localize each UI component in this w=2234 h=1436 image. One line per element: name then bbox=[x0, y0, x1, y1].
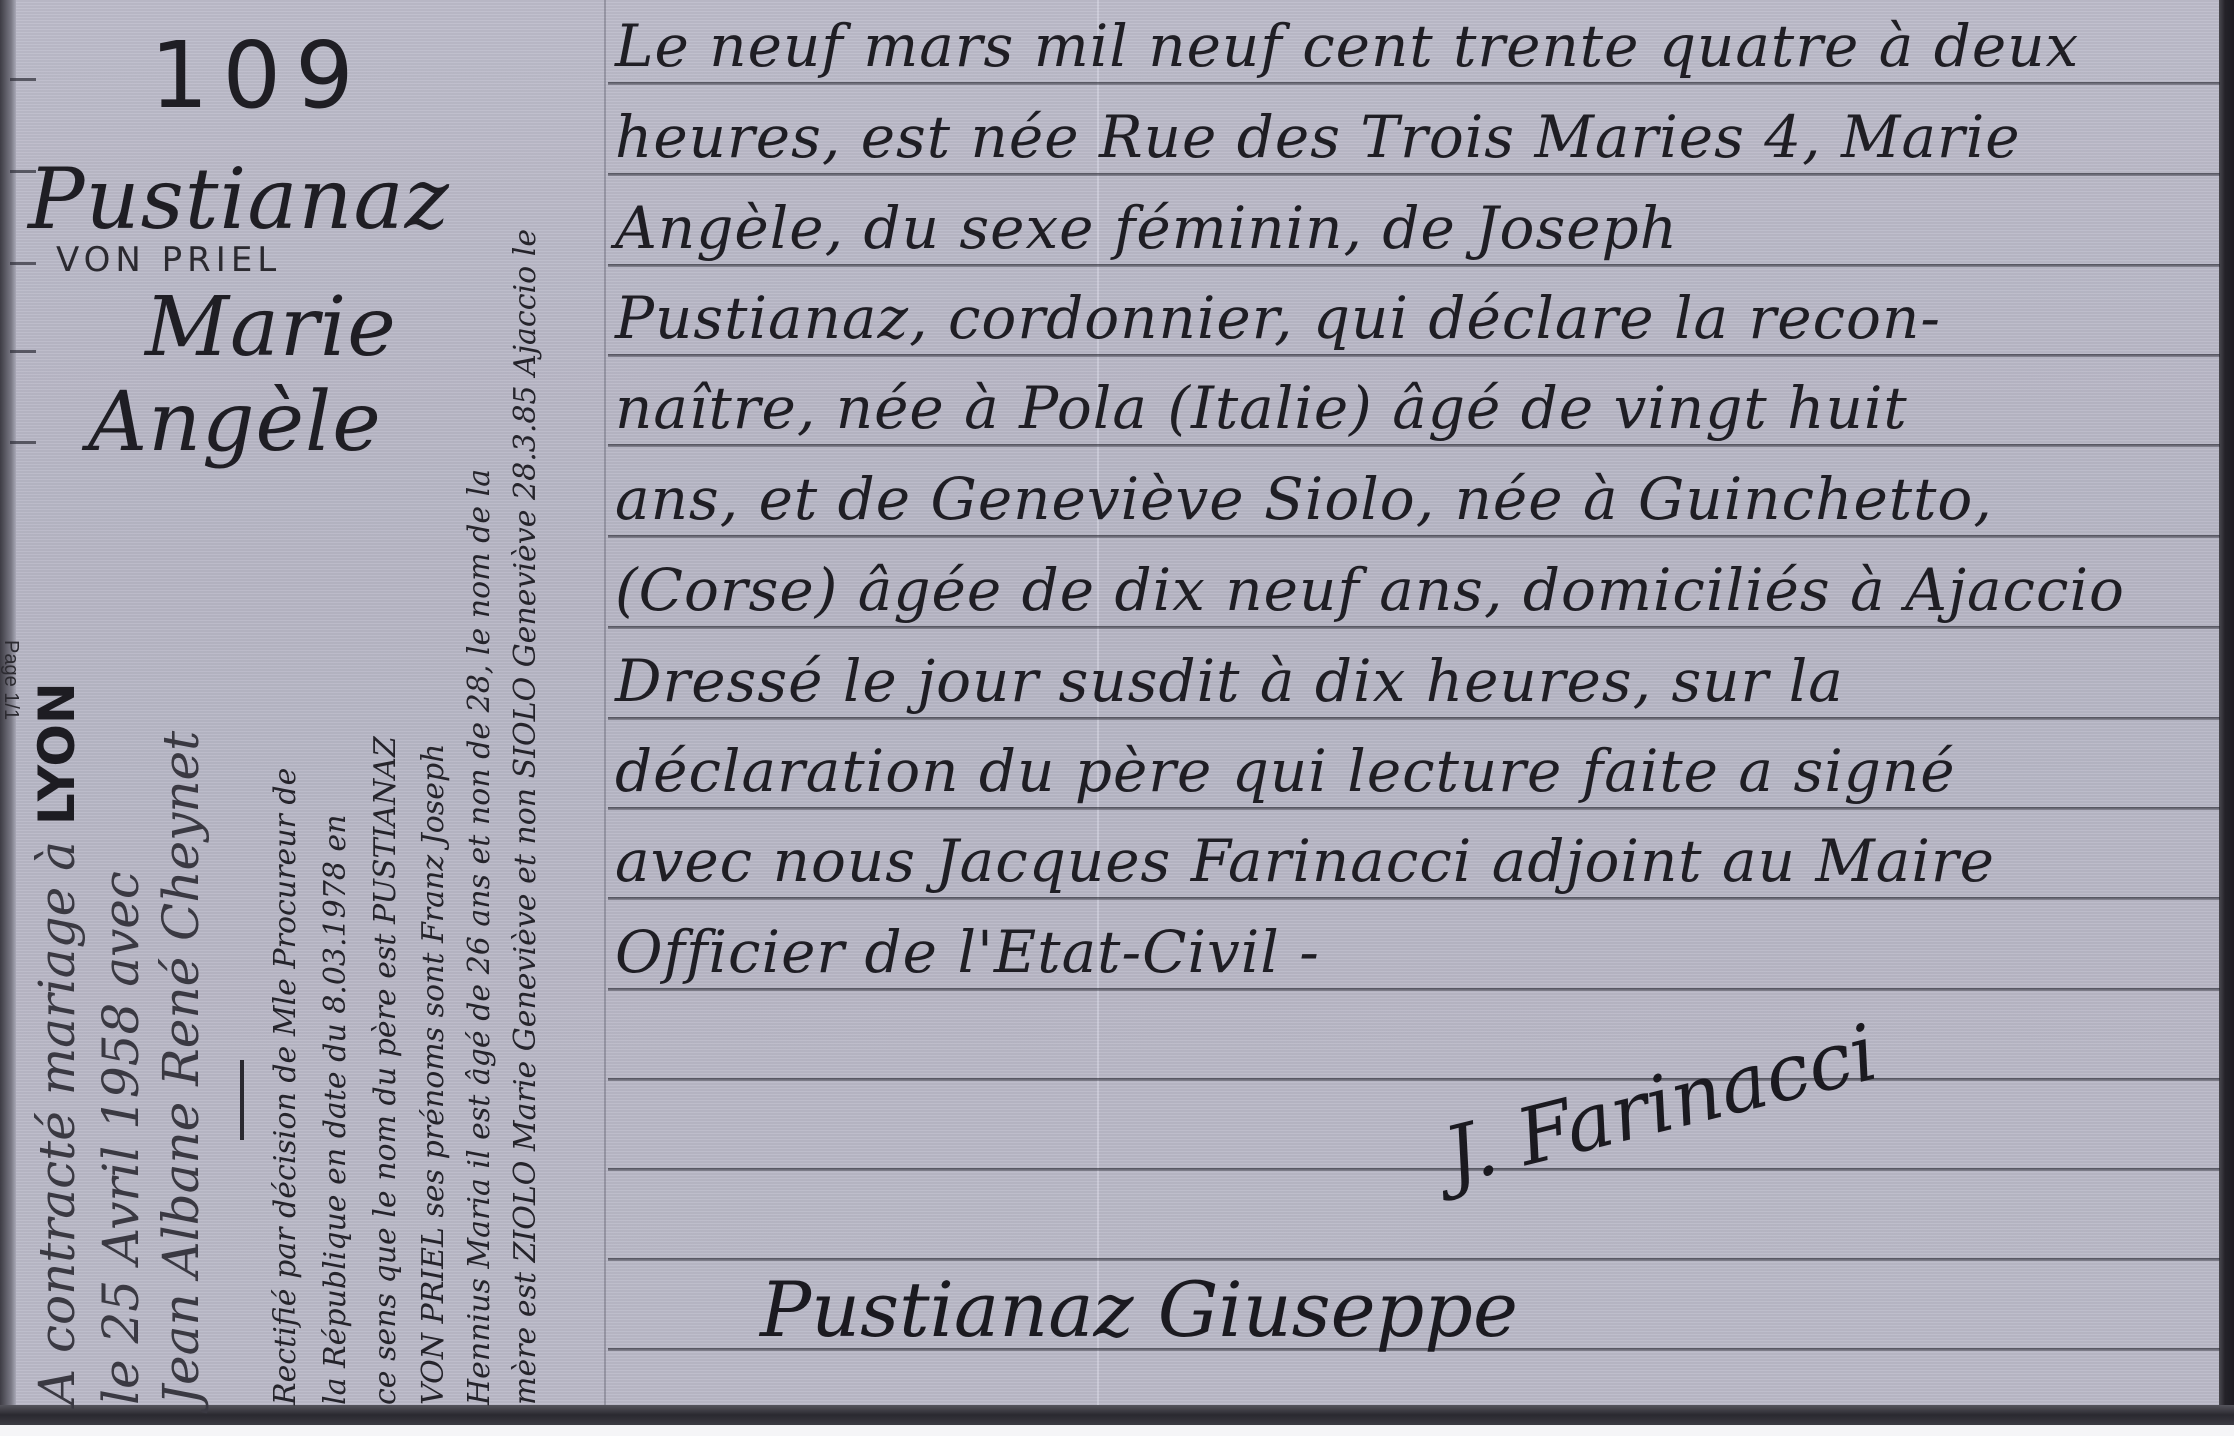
body-line: heures, est née Rue des Trois Maries 4, … bbox=[615, 103, 2021, 171]
rectification-line-2: la République en date du 8.03.1978 en bbox=[318, 815, 353, 1406]
page-stamp: Page 1/1 bbox=[0, 640, 22, 720]
marriage-note-line-1: A contracté mariage à LYON bbox=[28, 682, 86, 1405]
surname: Pustianaz bbox=[28, 150, 450, 248]
document-page: 109 Pustianaz VON PRIEL Marie Angèle A c… bbox=[0, 0, 2234, 1425]
father-signature: Pustianaz Giuseppe bbox=[760, 1265, 1518, 1354]
rectification-line-4: VON PRIEL ses prénoms sont Franz Joseph bbox=[416, 744, 451, 1405]
given-name-second: Angèle bbox=[88, 375, 382, 470]
edge-tick bbox=[10, 262, 36, 265]
scan-bottom-margin bbox=[0, 1425, 2234, 1436]
rectification-line-1: Rectifié par décision de Mle Procureur d… bbox=[268, 768, 303, 1405]
edge-tick bbox=[10, 441, 36, 444]
record-number: 109 bbox=[150, 22, 368, 129]
body-line: avec nous Jacques Farinacci adjoint au M… bbox=[615, 827, 1995, 895]
ruled-line bbox=[608, 354, 2220, 357]
body-line: Le neuf mars mil neuf cent trente quatre… bbox=[615, 12, 2079, 80]
officer-signature: J. Farinacci bbox=[1436, 1008, 1886, 1202]
ruled-line bbox=[608, 717, 2220, 720]
marriage-city: LYON bbox=[28, 682, 86, 825]
ruled-line bbox=[608, 988, 2220, 991]
ruled-line bbox=[608, 1168, 2220, 1171]
ruled-line bbox=[608, 444, 2220, 447]
rectification-line-3: ce sens que le nom du père est PUSTIANAZ bbox=[368, 736, 403, 1405]
body-line: Dressé le jour susdit à dix heures, sur … bbox=[615, 647, 1844, 715]
rectification-line-5: Hennius Maria il est âgé de 26 ans et no… bbox=[462, 469, 497, 1405]
body-line: déclaration du père qui lecture faite a … bbox=[615, 737, 1956, 805]
rectification-line-6: mère est ZIOLO Marie Geneviève et non SI… bbox=[508, 229, 543, 1405]
ruled-line bbox=[608, 897, 2220, 900]
marriage-note-line-2: le 25 Avril 1958 avec bbox=[92, 871, 150, 1405]
scan-bottom-border bbox=[0, 1405, 2234, 1425]
edge-tick bbox=[10, 78, 36, 81]
body-line: Angèle, du sexe féminin, de Joseph bbox=[615, 194, 1678, 262]
ruled-line bbox=[608, 264, 2220, 267]
ruled-line bbox=[608, 82, 2220, 85]
body-line: ans, et de Geneviève Siolo, née à Guinch… bbox=[615, 465, 1993, 533]
ruled-line bbox=[608, 173, 2220, 176]
body-line: (Corse) âgée de dix neuf ans, domiciliés… bbox=[615, 556, 2125, 624]
ruled-line bbox=[608, 1078, 2220, 1081]
ruled-line bbox=[608, 626, 2220, 629]
scan-right-border bbox=[2219, 0, 2234, 1425]
body-line: naître, née à Pola (Italie) âgé de vingt… bbox=[615, 374, 1908, 442]
body-line: Officier de l'Etat-Civil - bbox=[615, 918, 1320, 986]
separator-mark bbox=[240, 1060, 244, 1140]
edge-tick bbox=[10, 350, 36, 353]
ruled-line bbox=[608, 535, 2220, 538]
surname-alt: VON PRIEL bbox=[56, 240, 281, 280]
margin-rule bbox=[604, 0, 606, 1405]
given-name-first: Marie bbox=[145, 280, 397, 375]
ruled-line bbox=[608, 1258, 2220, 1261]
ruled-line bbox=[608, 807, 2220, 810]
marriage-note-line-3: Jean Albane René Cheynet bbox=[152, 731, 210, 1405]
body-line: Pustianaz, cordonnier, qui déclare la re… bbox=[615, 284, 1941, 352]
